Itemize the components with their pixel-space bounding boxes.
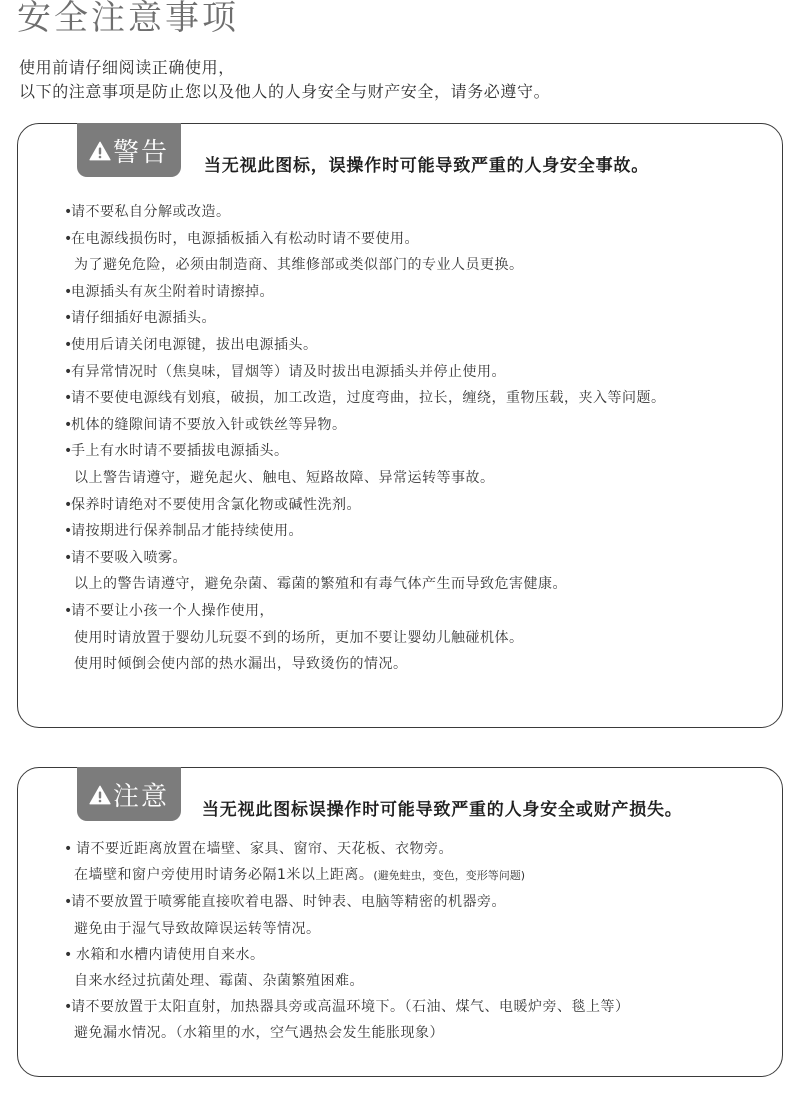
warning-tag: 警告 <box>77 123 181 177</box>
list-item: •手上有水时请不要插拔电源插头。 <box>64 438 762 465</box>
warning-headline: 当无视此图标，误操作时可能导致严重的人身安全事故。 <box>204 151 649 176</box>
intro-line-1: 使用前请仔细阅读正确使用， <box>19 56 550 80</box>
warning-section: 警告 当无视此图标，误操作时可能导致严重的人身安全事故。 •请不要私自分解或改造… <box>17 123 783 728</box>
intro-text: 使用前请仔细阅读正确使用， 以下的注意事项是防止您以及他人的人身安全与财产安全，… <box>19 56 550 104</box>
caution-headline: 当无视此图标误操作时可能导致严重的人身安全或财产损失。 <box>202 795 683 820</box>
list-item: •机体的缝隙间请不要放入针或铁丝等异物。 <box>64 412 762 439</box>
caution-list: • 请不要近距离放置在墙壁、家具、窗帘、天花板、衣物旁。 在墙壁和窗户旁使用时请… <box>64 836 762 1047</box>
list-item: • 水箱和水槽内请使用自来水。 <box>64 942 762 968</box>
warning-triangle-icon <box>89 785 111 805</box>
list-item: •请不要放置于喷雾能直接吹着电器、时钟表、电脑等精密的机器旁。 <box>64 889 762 915</box>
list-item: •请仔细插好电源插头。 <box>64 305 762 332</box>
list-item-continuation: 以上的警告请遵守，避免杂菌、霉菌的繁殖和有毒气体产生而导致危害健康。 <box>64 571 762 598</box>
list-item: •请不要私自分解或改造。 <box>64 199 762 226</box>
list-item-continuation: 使用时倾倒会使内部的热水漏出，导致烫伤的情况。 <box>64 651 762 678</box>
list-item: •使用后请关闭电源键，拔出电源插头。 <box>64 332 762 359</box>
list-item: •在电源线损伤时，电源插板插入有松动时请不要使用。 <box>64 226 762 253</box>
list-item: •请不要使电源线有划痕，破损，加工改造，过度弯曲，拉长，缠绕，重物压载，夹入等问… <box>64 385 762 412</box>
list-item: •请不要吸入喷雾。 <box>64 545 762 572</box>
list-item-continuation: 避免由于湿气导致故障误运转等情况。 <box>64 916 762 942</box>
list-item-continuation: 使用时请放置于婴幼儿玩耍不到的场所，更加不要让婴幼儿触碰机体。 <box>64 625 762 652</box>
caution-tag-label: 注意 <box>113 776 169 813</box>
warning-triangle-icon <box>89 141 111 161</box>
list-item: •电源插头有灰尘附着时请擦掉。 <box>64 279 762 306</box>
list-item: •有异常情况时（焦臭味，冒烟等）请及时拔出电源插头并停止使用。 <box>64 359 762 386</box>
list-item: • 请不要近距离放置在墙壁、家具、窗帘、天花板、衣物旁。 <box>64 836 762 862</box>
list-item: •请不要放置于太阳直射，加热器具旁或高温环境下。（石油、煤气、电暖炉旁、毯上等） <box>64 994 762 1020</box>
list-item-continuation: 在墙壁和窗户旁使用时请务必隔1米以上距离。(避免蛀虫，变色，变形等问题) <box>64 862 762 889</box>
note-text: (避免蛀虫，变色，变形等问题) <box>373 869 525 882</box>
list-item: •请不要让小孩一个人操作使用， <box>64 598 762 625</box>
warning-tag-label: 警告 <box>113 132 169 169</box>
caution-section: 注意 当无视此图标误操作时可能导致严重的人身安全或财产损失。 • 请不要近距离放… <box>17 767 783 1077</box>
list-item-continuation: 为了避免危险，必须由制造商、其维修部或类似部门的专业人员更换。 <box>64 252 762 279</box>
list-item-continuation: 以上警告请遵守，避免起火、触电、短路故障、异常运转等事故。 <box>64 465 762 492</box>
list-item: •请按期进行保养制品才能持续使用。 <box>64 518 762 545</box>
intro-line-2: 以下的注意事项是防止您以及他人的人身安全与财产安全，请务必遵守。 <box>19 80 550 104</box>
list-item-continuation: 避免漏水情况。（水箱里的水，空气遇热会发生能胀现象） <box>64 1020 762 1046</box>
caution-tag: 注意 <box>77 767 181 821</box>
page-title: 安全注意事项 <box>17 0 239 38</box>
list-item: •保养时请绝对不要使用含氯化物或碱性洗剂。 <box>64 492 762 519</box>
warning-list: •请不要私自分解或改造。 •在电源线损伤时，电源插板插入有松动时请不要使用。 为… <box>64 199 762 678</box>
list-item-continuation: 自来水经过抗菌处理、霉菌、杂菌繁殖困难。 <box>64 968 762 994</box>
